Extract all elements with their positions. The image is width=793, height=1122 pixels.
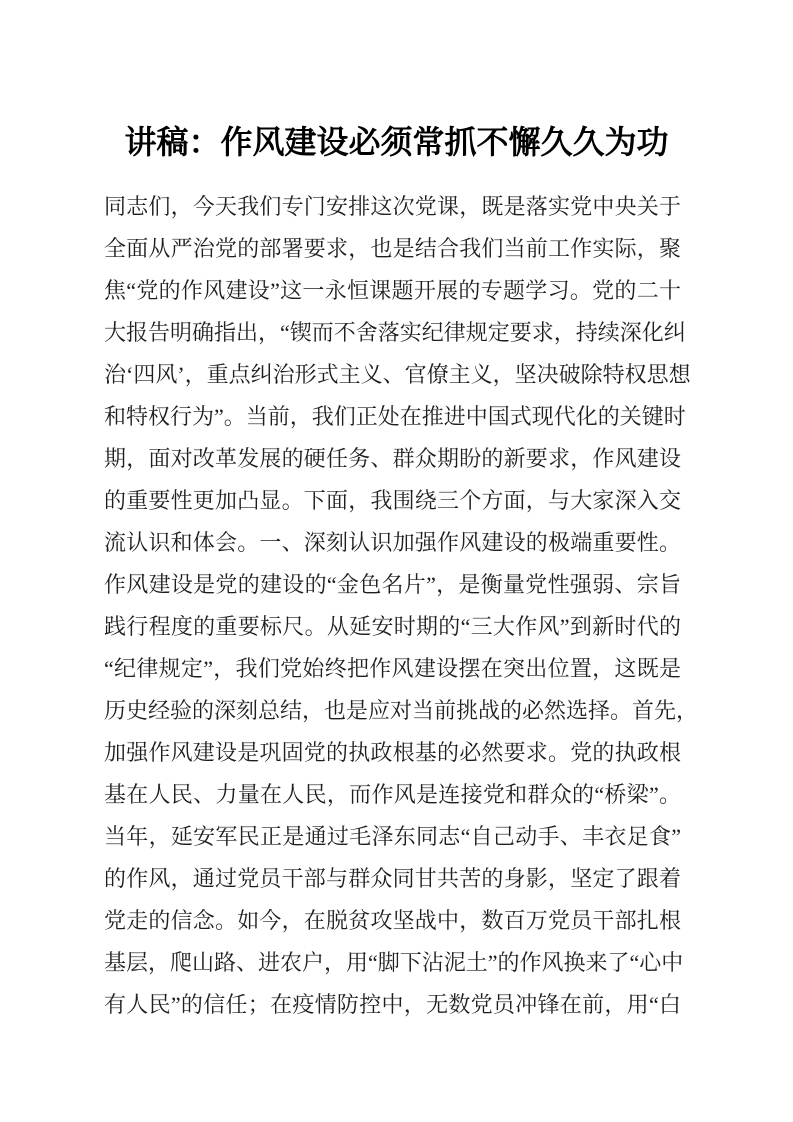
document-body: 同志们，今天我们专门安排这次党课，既是落实党中央关于 全面从严治党的部署要求，也… bbox=[104, 186, 681, 1026]
body-text-line: “纪律规定”，我们党始终把作风建设摆在突出位置，这既是 bbox=[104, 648, 681, 690]
document-title: 讲稿：作风建设必须常抓不懈久久为功 bbox=[0, 0, 793, 164]
body-text-line: 基层，爬山路、进农户，用“脚下沾泥土”的作风换来了“心中 bbox=[104, 942, 681, 984]
body-text-line: 有人民”的信任；在疫情防控中，无数党员冲锋在前，用“白 bbox=[104, 984, 681, 1026]
body-text-line: 践行程度的重要标尺。从延安时期的“三大作风”到新时代的 bbox=[104, 606, 681, 648]
document-page: 讲稿：作风建设必须常抓不懈久久为功 同志们，今天我们专门安排这次党课，既是落实党… bbox=[0, 0, 793, 1122]
body-text-line: 的作风，通过党员干部与群众同甘共苦的身影，坚定了跟着 bbox=[104, 858, 681, 900]
body-text-line: 的重要性更加凸显。下面，我围绕三个方面，与大家深入交 bbox=[104, 480, 681, 522]
body-text-line: 流认识和体会。一、深刻认识加强作风建设的极端重要性。 bbox=[104, 522, 681, 564]
body-text-line: 大报告明确指出，“锲而不舍落实纪律规定要求，持续深化纠 bbox=[104, 312, 681, 354]
body-text-line: 作风建设是党的建设的“金色名片”，是衡量党性强弱、宗旨 bbox=[104, 564, 681, 606]
body-text-line: 党走的信念。如今，在脱贫攻坚战中，数百万党员干部扎根 bbox=[104, 900, 681, 942]
body-text-line: 全面从严治党的部署要求，也是结合我们当前工作实际，聚 bbox=[104, 228, 681, 270]
body-text-line: 治‘四风’，重点纠治形式主义、官僚主义，坚决破除特权思想 bbox=[104, 354, 681, 396]
body-text-line: 和特权行为”。当前，我们正处在推进中国式现代化的关键时 bbox=[104, 396, 681, 438]
body-text-line: 历史经验的深刻总结，也是应对当前挑战的必然选择。首先， bbox=[104, 690, 681, 732]
body-text-line: 焦“党的作风建设”这一永恒课题开展的专题学习。党的二十 bbox=[104, 270, 681, 312]
body-text-line: 当年，延安军民正是通过毛泽东同志“自己动手、丰衣足食” bbox=[104, 816, 681, 858]
body-text-line: 基在人民、力量在人民，而作风是连接党和群众的“桥梁”。 bbox=[104, 774, 681, 816]
body-text-line: 加强作风建设是巩固党的执政根基的必然要求。党的执政根 bbox=[104, 732, 681, 774]
body-text-line: 期，面对改革发展的硬任务、群众期盼的新要求，作风建设 bbox=[104, 438, 681, 480]
body-text-line: 同志们，今天我们专门安排这次党课，既是落实党中央关于 bbox=[104, 186, 681, 228]
